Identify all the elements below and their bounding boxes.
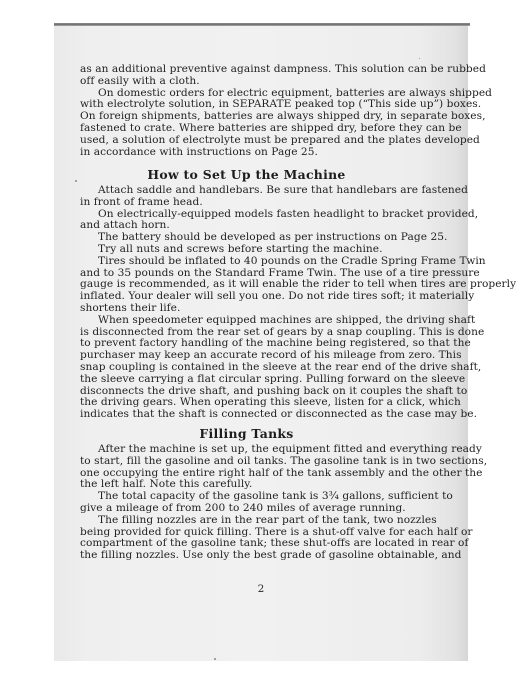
paragraph: Try all nuts and screws before starting … xyxy=(80,244,413,256)
text-line: The filling nozzles are in the rear part… xyxy=(80,515,413,527)
paragraph: The filling nozzles are in the rear part… xyxy=(80,515,413,562)
section-setup: How to Set Up the Machine Attach saddle … xyxy=(80,165,413,421)
paragraph: as an additional preventive against damp… xyxy=(80,64,413,88)
scan-speck xyxy=(75,180,77,182)
text-line: Tires should be inflated to 40 pounds on… xyxy=(80,256,413,268)
text-line: in front of frame head. xyxy=(80,197,413,209)
section-heading-setup: How to Set Up the Machine xyxy=(80,165,413,185)
page-top-edge xyxy=(54,23,470,26)
paragraph: After the machine is set up, the equipme… xyxy=(80,444,413,491)
scan-speck xyxy=(214,658,216,660)
scan-speck xyxy=(419,58,420,59)
text-line: give a mileage of from 200 to 240 miles … xyxy=(80,503,413,515)
text-line: snap coupling is contained in the sleeve… xyxy=(80,362,413,374)
section-tanks: Filling Tanks After the machine is set u… xyxy=(80,424,413,562)
text-line: shortens their life. xyxy=(80,303,413,315)
text-line: fastened to crate. Where batteries are s… xyxy=(80,123,413,135)
text-line: to start, fill the gasoline and oil tank… xyxy=(80,456,413,468)
text-line: used, a solution of electrolyte must be … xyxy=(80,135,413,147)
intro-text: as an additional preventive against damp… xyxy=(80,64,413,158)
scanned-page: as an additional preventive against damp… xyxy=(54,23,468,661)
paragraph: Tires should be inflated to 40 pounds on… xyxy=(80,256,413,315)
text-line: in accordance with instructions on Page … xyxy=(80,147,413,159)
section-heading-tanks: Filling Tanks xyxy=(80,424,413,444)
text-line: off easily with a cloth. xyxy=(80,76,413,88)
text-line: the filling nozzles. Use only the best g… xyxy=(80,550,413,562)
text-line: the sleeve carrying a flat circular spri… xyxy=(80,374,413,386)
section-setup-body: Attach saddle and handlebars. Be sure th… xyxy=(80,185,413,421)
text-line: Try all nuts and screws before starting … xyxy=(80,244,413,256)
paragraph: On domestic orders for electric equipmen… xyxy=(80,88,413,159)
paragraph: Attach saddle and handlebars. Be sure th… xyxy=(80,185,413,209)
paragraph: When speedometer equipped machines are s… xyxy=(80,315,413,421)
text-line: When speedometer equipped machines are s… xyxy=(80,315,413,327)
text-line: indicates that the shaft is connected or… xyxy=(80,409,413,421)
paragraph: The total capacity of the gasoline tank … xyxy=(80,491,413,515)
page-number: 2 xyxy=(54,583,468,595)
paragraph: On electrically-equipped models fasten h… xyxy=(80,209,413,233)
section-tanks-body: After the machine is set up, the equipme… xyxy=(80,444,413,562)
